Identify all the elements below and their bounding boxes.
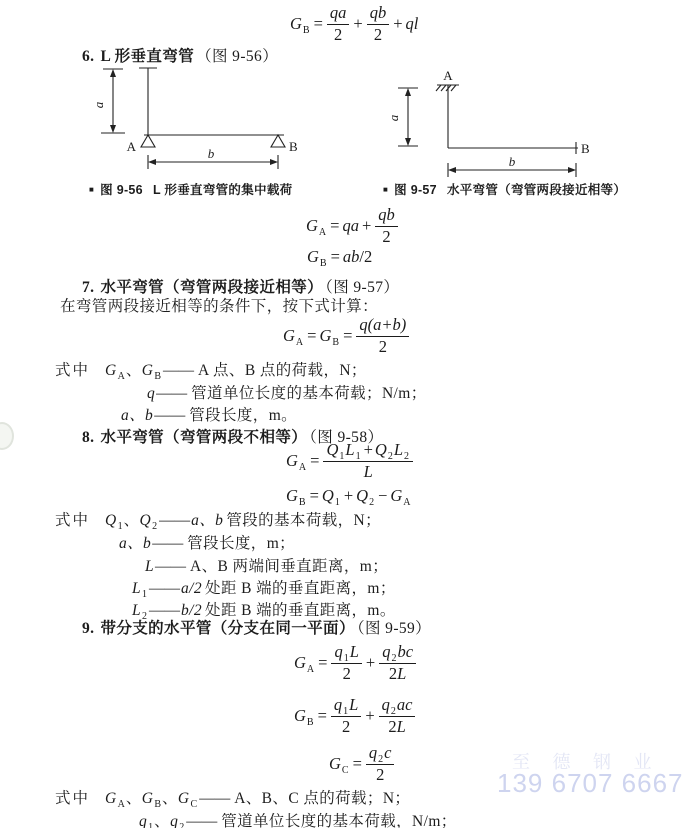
formula-gb-ab: GB = ab/2 [307,247,372,267]
point-a-label: A [127,139,137,154]
formula-ga-q1l1: GA = Q1L1+Q2L2 L [286,441,414,482]
where-list-2-line-2: a、b——管段长度，m； [119,531,295,553]
dim-a-label: a [91,101,106,108]
fraction: q2c 2 [366,744,395,785]
fraction: q1L 2 [331,696,361,737]
formula-term: qa [342,216,359,236]
formula-term: GB [290,14,311,34]
formula-gb-q1q2: GB = Q1 + Q2 − GA [286,486,412,506]
equals-sign: = [315,706,330,726]
figure-caption-text: 水平弯管（弯管两段接近相等） [447,180,626,198]
formula-term: GA [390,486,411,506]
point-b-label: B [581,141,590,156]
watermark-phone: 139 6707 6667 [497,768,684,799]
section-title: 带分支的水平管（分支在同一平面） [100,620,354,637]
equals-sign: = [340,326,355,346]
where-prefix: 式中 [55,362,90,379]
dim-b-label: b [208,146,215,161]
formula-term: GB [286,486,307,506]
formula-term: GB [294,706,315,726]
formula-term: GA [283,326,304,346]
fraction: q2ac 2L [379,696,416,737]
equals-sign: = [304,326,319,346]
formula-ga-gb-equal: GA = GB = q(a+b)2 [283,316,410,357]
where-list-3-line-2: q1、q2——管道单位长度的基本荷载，N/m； [139,809,457,828]
scan-smudge [0,422,14,450]
where-prefix: 式中 [55,790,90,807]
scanned-book-page: GB = qa2 + qb2 + ql 6.L 形垂直弯管（图 9-56） [0,0,700,828]
equals-sign: = [315,653,330,673]
point-a-label: A [443,68,453,83]
formula-gc-branch: GC = q2c 2 [329,744,395,785]
where-list-2-line-1: 式中Q1、Q2——a、b管段的基本荷载，N； [55,508,381,530]
equals-sign: = [350,754,365,774]
equals-sign: = [307,486,322,506]
plus-sign: + [363,653,378,673]
formula-term: GA [294,653,315,673]
square-bullet-icon: ■ [383,185,388,194]
figure-9-56-caption: ■ 图 9-56 L 形垂直弯管的集中载荷 [89,180,292,198]
formula-ga-branch: GA = q1L 2 + q2bc 2L [294,643,417,684]
equals-sign: = [328,247,343,267]
where-list-2-line-4: L1——a/2处距 B 端的垂直距离，m； [132,576,396,598]
figure-caption-text: L 形垂直弯管的集中载荷 [153,180,292,198]
equals-sign: = [307,451,322,471]
where-list-3-line-1: 式中GA、GB、GC——A、B、C 点的荷载；N； [55,786,410,808]
figure-label: 图 9-56 [100,180,143,198]
section-7-paragraph: 在弯管两段接近相等的条件下，按下式计算： [60,297,378,317]
formula-term: GA [306,216,327,236]
formula-term: ql [406,14,419,34]
equals-sign: = [311,14,326,34]
figure-9-57-diagram: A B a b [390,60,602,182]
section-7-heading: 7.水平弯管（弯管两段接近相等）（图 9-57） [82,275,399,297]
figure-reference: （图 9-59） [357,620,431,637]
section-number: 8. [82,429,94,446]
where-list-1-line-1: 式中GA、GB——A 点、B 点的荷载，N； [55,358,367,380]
section-number: 9. [82,620,94,637]
fraction: q(a+b)2 [356,316,409,357]
point-b-label: B [289,139,298,154]
formula-term: ab [343,247,360,267]
formula-gb-three-terms: GB = qa2 + qb2 + ql [290,4,418,45]
plus-sign: + [350,14,365,34]
where-list-2-line-3: L——A、B 两端间垂直距离，m； [145,554,388,576]
formula-term: GC [329,754,350,774]
section-title: 水平弯管（弯管两段接近相等） [100,279,323,296]
formula-gb-branch: GB = q1L 2 + q2ac 2L [294,696,416,737]
section-9-heading: 9.带分支的水平管（分支在同一平面）（图 9-59） [82,616,431,638]
equals-sign: = [327,216,342,236]
dim-b-label: b [509,154,516,169]
formula-term: GB [307,247,328,267]
section-number: 7. [82,279,94,296]
figure-reference: （图 9-57） [325,279,399,296]
section-title: 水平弯管（弯管两段不相等） [100,429,307,446]
square-bullet-icon: ■ [89,185,94,194]
where-prefix: 式中 [55,512,90,529]
fraction: qa2 [327,4,350,45]
where-list-1-line-2: q——管道单位长度的基本荷载；N/m； [147,381,427,403]
fraction: qb2 [375,206,398,247]
formula-term: GA [286,451,307,471]
dimension-arrowheads [405,88,576,173]
plus-sign: + [359,216,374,236]
fraction: qb2 [367,4,390,45]
formula-term: Q1 [322,486,341,506]
figure-9-57-caption: ■ 图 9-57 水平弯管（弯管两段接近相等） [383,180,626,198]
dim-a-label: a [390,114,401,121]
plus-sign: + [390,14,405,34]
fraction: q1L 2 [331,643,361,684]
plus-sign: + [341,486,356,506]
figure-label: 图 9-57 [394,180,437,198]
formula-term: GB [319,326,340,346]
figure-9-56-diagram: A B a b [78,62,313,180]
fraction: Q1L1+Q2L2 L [323,441,413,482]
formula-ga-qa: GA = qa + qb2 [306,206,399,247]
plus-sign: + [362,706,377,726]
where-list-1-line-3: a、b——管段长度，m。 [121,403,297,425]
minus-sign: − [375,486,390,506]
formula-term: 2 [364,247,372,267]
fraction: q2bc 2L [379,643,416,684]
formula-term: Q2 [356,486,375,506]
